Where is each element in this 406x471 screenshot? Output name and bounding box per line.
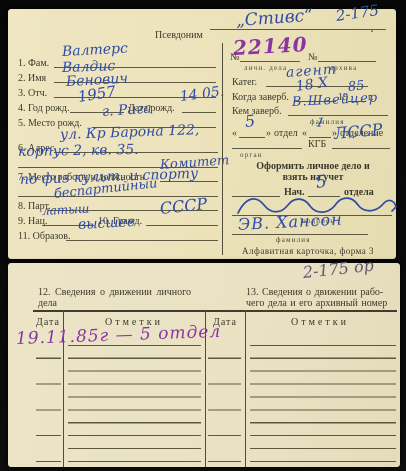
organ-sub: орган — [240, 151, 263, 159]
chief-otdel-value: 5 — [315, 174, 328, 192]
birth-year-label: 4. Год рожд. — [18, 103, 69, 114]
section13-title-line2: чего дела и его архивный номер — [246, 298, 387, 309]
archive-no-label: № — [308, 52, 318, 63]
table-rules-marks-2 — [250, 333, 396, 467]
table-divider — [245, 310, 246, 467]
nationality-value: латыш — [42, 203, 90, 217]
citizenship-value: СССР — [159, 196, 208, 217]
surname-label: 1. Фам. — [18, 58, 49, 69]
register-instruction-line1: Оформить личное дело и — [232, 161, 394, 172]
birth-date-value: 14 05. — [179, 85, 225, 104]
table-rules-marks-1 — [68, 333, 201, 467]
personal-file-no-label: № — [230, 52, 240, 63]
category-label: Катег. — [232, 77, 257, 88]
address-value-line1: ул. Кр Барона 122, — [60, 123, 200, 142]
education-value: высшее — [78, 215, 136, 232]
kgb-label: КГБ — [308, 139, 326, 150]
register-instruction-line2: взять на учет — [232, 172, 394, 183]
quote-open-2: « — [302, 128, 307, 139]
underline — [240, 51, 300, 62]
birthplace-value: г. Рига — [102, 102, 153, 119]
recruited-when-label: Когда заверб. — [232, 92, 289, 103]
table-top-border — [33, 310, 397, 312]
table-header-date-1: Дата — [33, 317, 63, 328]
firstname-label: 2. Имя — [18, 73, 46, 84]
kgb-organ-value: ЛССР — [333, 122, 383, 142]
table-rules-date-1 — [36, 333, 61, 467]
section12-title-line2: дела — [38, 298, 57, 309]
underline — [232, 224, 368, 235]
chief-surname-sub: фамилия — [276, 236, 311, 244]
underline — [318, 51, 376, 62]
alphabet-card: 2-175 Псевдоним „Стивс“ . 22140 № личн. … — [8, 9, 396, 259]
underline — [232, 138, 302, 149]
personal-file-no-sub: личн. дела — [244, 64, 287, 72]
movement-card: 2-175 ор 12. Сведения о движении личного… — [8, 263, 400, 467]
otdel-value: 5 — [244, 113, 256, 130]
education-label: 11. Образов. — [18, 231, 71, 242]
table-rules-date-2 — [208, 333, 241, 467]
section13-title-line1: 13. Сведения о движении рабо- — [246, 287, 383, 298]
table-header-marks-2: Отметки — [245, 317, 395, 328]
surname-value: Валтерс — [62, 42, 129, 59]
pseudonym-label: Псевдоним — [155, 30, 203, 41]
recruited-by-label: Кем заверб. — [232, 106, 282, 117]
address-value-line2: корпус 2, кв. 35. — [18, 143, 139, 159]
pseudonym-dot: . — [370, 22, 374, 35]
column-divider — [222, 43, 223, 255]
form-footer: Алфавитная карточка, форма 3 — [242, 246, 374, 256]
patronymic-label: 3. Отч. — [18, 88, 47, 99]
section12-title-line1: 12. Сведения о движении личного — [38, 287, 191, 298]
photo-background: 2-175 Псевдоним „Стивс“ . 22140 № личн. … — [0, 0, 406, 471]
underline — [146, 215, 218, 226]
corner-file-number-2: 2-175 ор — [302, 258, 374, 281]
